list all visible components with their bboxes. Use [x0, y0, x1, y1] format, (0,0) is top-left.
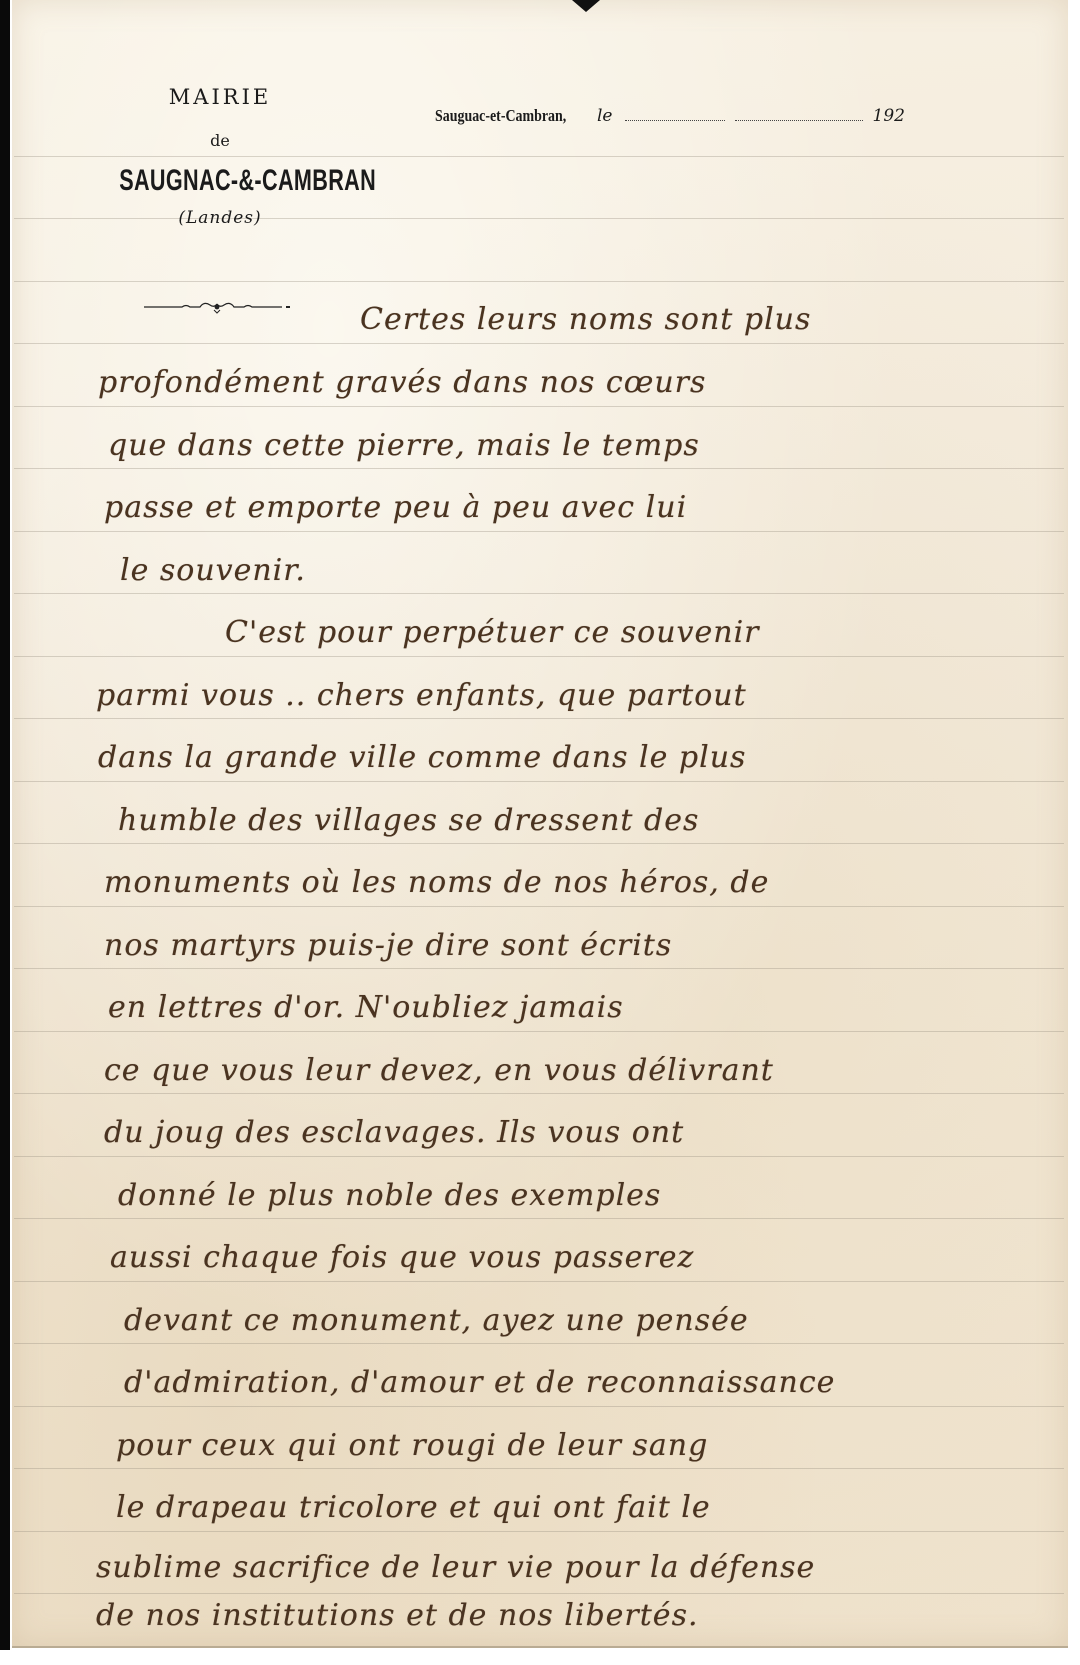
- ruled-line: [14, 1468, 1064, 1469]
- ruled-line: [14, 781, 1064, 782]
- handwritten-line: le souvenir.: [120, 553, 306, 588]
- ruled-line: [14, 343, 1064, 344]
- ruled-line: [14, 1156, 1064, 1157]
- letterhead-title: MAIRIE: [80, 85, 360, 109]
- handwritten-line: d'admiration, d'amour et de reconnaissan…: [124, 1365, 835, 1400]
- ruled-line: [14, 1281, 1064, 1282]
- handwritten-line: sublime sacrifice de leur vie pour la dé…: [96, 1550, 815, 1585]
- ruled-line: [14, 843, 1064, 844]
- ruled-line: [14, 656, 1064, 657]
- letterhead-commune: SAUGNAC-&-CAMBRAN: [119, 164, 321, 198]
- handwritten-line: parmi vous .. chers enfants, que partout: [96, 678, 747, 713]
- ruled-line: [14, 1218, 1064, 1219]
- paper-tear: [572, 0, 600, 12]
- ruled-line: [14, 531, 1064, 532]
- ruled-line: [14, 906, 1064, 907]
- dateline: Sauguac-et-Cambran, le 192: [435, 106, 905, 132]
- ruled-line: [14, 1531, 1064, 1532]
- handwritten-line: C'est pour perpétuer ce souvenir: [225, 615, 760, 650]
- ruled-line: [14, 968, 1064, 969]
- dateline-le: le: [597, 106, 613, 126]
- letterhead-of: de: [80, 131, 360, 150]
- date-blank-day: [625, 106, 725, 121]
- handwritten-line: nos martyrs puis-je dire sont écrits: [104, 928, 672, 963]
- handwritten-line: Certes leurs noms sont plus: [360, 302, 811, 337]
- scan-edge-shadow: [0, 0, 10, 1650]
- handwritten-line: humble des villages se dressent des: [118, 803, 699, 838]
- handwritten-line: que dans cette pierre, mais le temps: [108, 428, 700, 463]
- ruled-line: [14, 718, 1064, 719]
- handwritten-line: dans la grande ville comme dans le plus: [98, 740, 746, 775]
- handwritten-line: ce que vous leur devez, en vous délivran…: [104, 1053, 774, 1088]
- handwritten-line: du joug des esclavages. Ils vous ont: [104, 1115, 684, 1150]
- handwritten-line: devant ce monument, ayez une pensée: [124, 1303, 749, 1338]
- handwritten-line: en lettres d'or. N'oubliez jamais: [108, 990, 624, 1025]
- handwritten-line: monuments où les noms de nos héros, de: [104, 865, 769, 900]
- handwritten-line: donné le plus noble des exemples: [118, 1178, 661, 1213]
- handwritten-line: passe et emporte peu à peu avec lui: [104, 490, 687, 525]
- ruled-line: [14, 1593, 1064, 1594]
- ruled-line: [14, 1406, 1064, 1407]
- handwritten-line: le drapeau tricolore et qui ont fait le: [116, 1490, 711, 1525]
- date-blank-month: [735, 106, 863, 121]
- ruled-line: [14, 468, 1064, 469]
- ruled-line: [14, 406, 1064, 407]
- handwritten-line: aussi chaque fois que vous passerez: [110, 1240, 694, 1275]
- dateline-year: 192: [873, 106, 905, 126]
- dateline-place: Sauguac-et-Cambran,: [435, 106, 566, 126]
- ruled-line: [14, 593, 1064, 594]
- ornament-flourish-icon: [142, 298, 292, 314]
- ruled-line: [14, 281, 1064, 282]
- ruled-line: [14, 1093, 1064, 1094]
- letterhead-department: (Landes): [80, 208, 360, 228]
- ruled-line: [14, 1031, 1064, 1032]
- ruled-line: [14, 1343, 1064, 1344]
- handwritten-line: de nos institutions et de nos libertés.: [96, 1598, 699, 1633]
- handwritten-line: pour ceux qui ont rougi de leur sang: [116, 1428, 708, 1463]
- handwritten-line: profondément gravés dans nos cœurs: [98, 365, 706, 400]
- letterhead: MAIRIE de SAUGNAC-&-CAMBRAN (Landes): [80, 85, 360, 228]
